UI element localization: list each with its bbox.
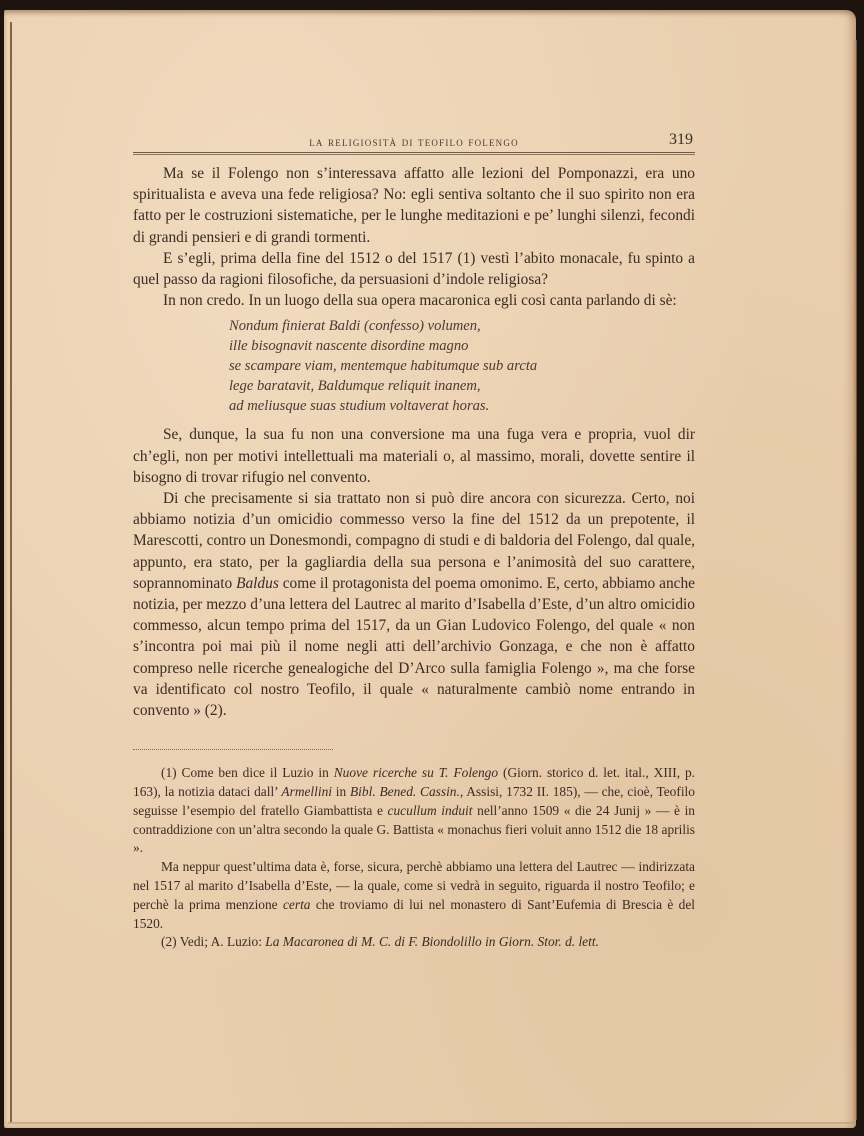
paragraph-3: In non credo. In un luogo della sua oper… [133, 290, 695, 311]
paragraph-4: Se, dunque, la sua fu non una conversion… [133, 424, 695, 488]
page-content: la religiosità di teofilo folengo 319 Ma… [133, 130, 695, 952]
footnote-text: (1) Come ben dice il Luzio in [161, 765, 334, 780]
page-number: 319 [669, 131, 693, 149]
page-spine-edge [10, 22, 12, 1122]
footnote-italic: cucullum induit [388, 803, 473, 818]
verse-line: se scampare viam, mentemque habitumque s… [229, 356, 695, 376]
footnote-text: in [332, 784, 350, 799]
footnote-rule [133, 749, 333, 750]
running-header: la religiosità di teofilo folengo 319 [133, 130, 695, 152]
verse-line: ad meliusque suas studium voltaverat hor… [229, 396, 695, 416]
footnote-1: (1) Come ben dice il Luzio in Nuove rice… [133, 764, 695, 858]
verse-line: ille bisognavit nascente disordine magno [229, 336, 695, 356]
paragraph-2: E s’egli, prima della fine del 1512 o de… [133, 248, 695, 290]
paragraph-5: Di che precisamente si sia trattato non … [133, 488, 695, 721]
footnote-1-continued: Ma neppur quest’ultima data è, forse, si… [133, 858, 695, 933]
verse-line: Nondum finierat Baldi (confesso) volumen… [229, 316, 695, 336]
verse-quotation: Nondum finierat Baldi (confesso) volumen… [229, 316, 695, 416]
footnote-italic: La Macaronea di M. C. di F. Biondolillo … [265, 934, 599, 949]
header-rule [133, 152, 695, 155]
running-title: la religiosità di teofilo folengo [133, 134, 695, 150]
footnote-italic: Bibl. Bened. Cassin. [350, 784, 460, 799]
footnote-italic: certa [283, 897, 311, 912]
paragraph-1: Ma se il Folengo non s’interessava affat… [133, 163, 695, 248]
footnote-italic: Nuove ricerche su T. Folengo [334, 765, 498, 780]
page-right-edge [854, 40, 857, 1120]
footnote-2: (2) Vedi; A. Luzio: La Macaronea di M. C… [133, 933, 695, 952]
paragraph-5-text-b: come il protagonista del poema omonimo. … [133, 575, 695, 719]
verse-line: lege baratavit, Baldumque reliquit inane… [229, 376, 695, 396]
page-bottom-edge [8, 1122, 856, 1124]
footnote-text: (2) Vedi; A. Luzio: [161, 934, 265, 949]
paragraph-5-italic: Baldus [236, 575, 279, 592]
footnote-italic: Armellini [281, 784, 332, 799]
